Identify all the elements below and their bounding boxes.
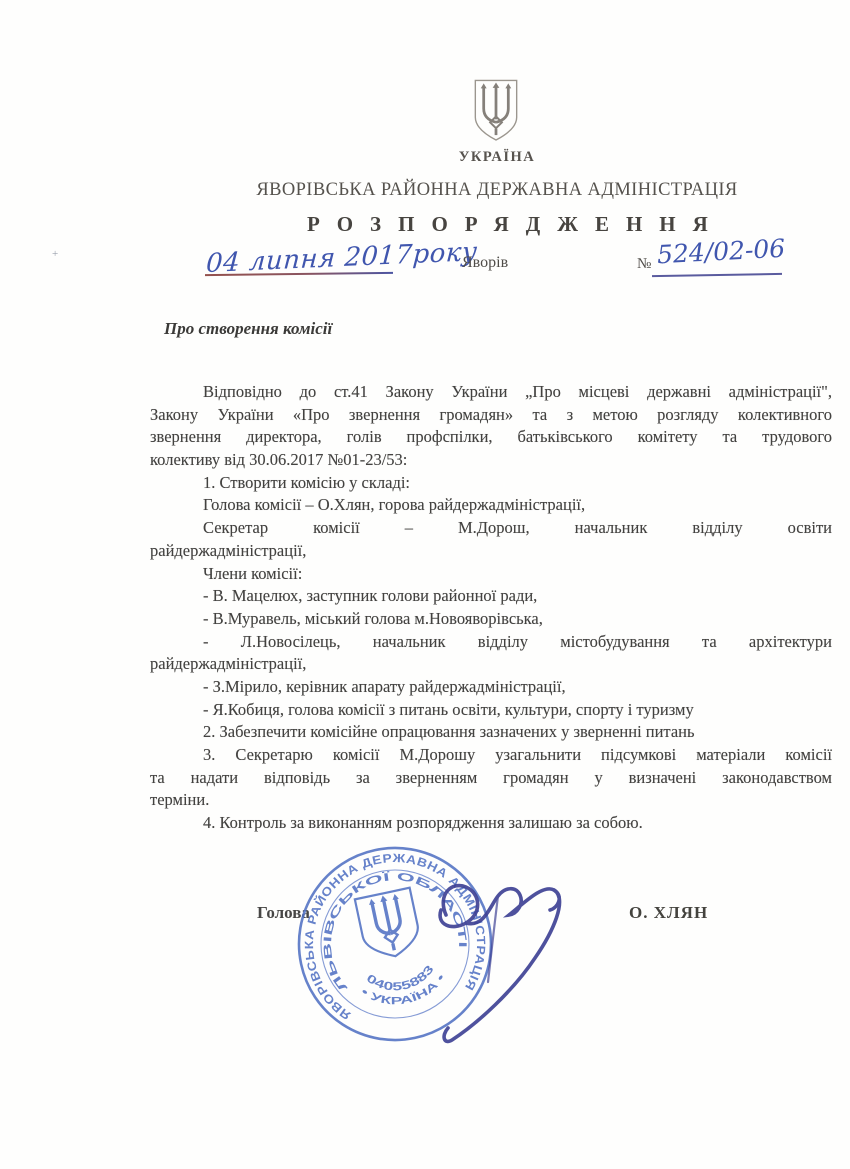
decree-body: Відповідно до ст.41 Закону України „Про … xyxy=(150,381,832,835)
country-title: УКРАЇНА xyxy=(459,149,536,166)
body-line: та надати відповідь за зверненням громад… xyxy=(150,767,832,790)
body-line: - Я.Кобиця, голова комісії з питань осві… xyxy=(150,699,832,722)
body-line: - В.Муравель, міський голова м.Новояворі… xyxy=(150,608,832,631)
body-line: - В. Мацелюх, заступник голови районної … xyxy=(150,585,832,608)
body-line: Відповідно до ст.41 Закону України „Про … xyxy=(150,381,832,404)
body-line: 4. Контроль за виконанням розпорядження … xyxy=(150,812,832,835)
tryzub-emblem-icon xyxy=(471,79,521,142)
subject-title: Про створення комісії xyxy=(164,319,332,339)
body-line: 1. Створити комісію у складі: xyxy=(150,472,832,495)
number-underline xyxy=(652,273,782,277)
body-line: Голова комісії – О.Хлян, горова райдержа… xyxy=(150,494,832,517)
handwritten-number: 524/02-06 xyxy=(656,234,786,270)
body-line: 3. Секретарю комісії М.Дорошу узагальнит… xyxy=(150,744,832,767)
document-type-title: РОЗПОРЯДЖЕННЯ xyxy=(307,212,725,237)
handwritten-signature xyxy=(330,850,590,1060)
scan-artifact-mark: + xyxy=(52,248,58,260)
body-line: райдержадміністрації, xyxy=(150,653,832,676)
scanned-decree-page: УКРАЇНА ЯВОРІВСЬКА РАЙОННА ДЕРЖАВНА АДМІ… xyxy=(0,0,850,1169)
authority-title: ЯВОРІВСЬКА РАЙОННА ДЕРЖАВНА АДМІНІСТРАЦІ… xyxy=(256,180,737,201)
body-line: райдержадміністрації, xyxy=(150,540,832,563)
body-line: Закону України «Про звернення громадян» … xyxy=(150,404,832,427)
place-label: Яворів xyxy=(462,254,508,272)
number-sign-label: № xyxy=(637,256,651,273)
body-line: Секретар комісії – М.Дорош, начальник ві… xyxy=(150,517,832,540)
body-line: колективу від 30.06.2017 №01-23/53: xyxy=(150,449,832,472)
body-line: - З.Мірило, керівник апарату райдержадмі… xyxy=(150,676,832,699)
body-line: терміни. xyxy=(150,789,832,812)
signer-name-label: О. ХЛЯН xyxy=(629,903,708,923)
body-line: звернення директора, голів профспілки, б… xyxy=(150,426,832,449)
body-line: Члени комісії: xyxy=(150,563,832,586)
body-line: - Л.Новосілець, начальник відділу містоб… xyxy=(150,631,832,654)
body-line: 2. Забезпечити комісійне опрацювання заз… xyxy=(150,721,832,744)
